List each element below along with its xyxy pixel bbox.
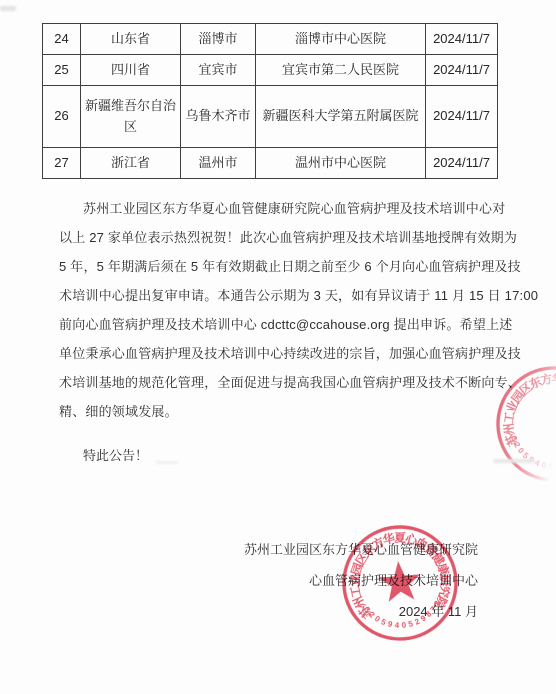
- cell-hospital: 温州市中心医院: [256, 148, 426, 179]
- cell-row-number: 26: [43, 86, 81, 148]
- cell-province: 新疆维吾尔自治区: [81, 86, 181, 148]
- cell-row-number: 25: [43, 55, 81, 86]
- closing-line: 特此公告！: [83, 441, 148, 470]
- table-row: 24 山东省 淄博市 淄博市中心医院 2024/11/7: [43, 24, 498, 55]
- seal-star-icon: [377, 559, 422, 602]
- scan-smudge: [0, 6, 16, 11]
- body-line: 以上 27 家单位表示热烈祝贺！此次心血管病护理及技术培训基地授牌有效期为: [59, 223, 529, 252]
- cell-city: 温州市: [181, 148, 256, 179]
- cell-hospital: 宜宾市第二人民医院: [256, 55, 426, 86]
- cell-province: 浙江省: [81, 148, 181, 179]
- svg-text:3205940529873: 3205940529873: [504, 432, 556, 479]
- cell-date: 2024/11/7: [426, 24, 498, 55]
- body-line: 精、细的领域发展。: [59, 397, 529, 426]
- table-row: 26 新疆维吾尔自治区 乌鲁木齐市 新疆医科大学第五附属医院 2024/11/7: [43, 86, 498, 148]
- table-row: 27 浙江省 温州市 温州市中心医院 2024/11/7: [43, 148, 498, 179]
- body-line: 5 年，5 年期满后须在 5 年有效期截止日期之前至少 6 个月向心血管病护理及…: [59, 252, 529, 281]
- body-line: 苏州工业园区东方华夏心血管健康研究院心血管病护理及技术培训中心对: [59, 194, 529, 223]
- official-seal: 苏州工业园区东方华夏心血管健康研究院 3205940529873: [335, 518, 465, 648]
- table-row: 25 四川省 宜宾市 宜宾市第二人民医院 2024/11/7: [43, 55, 498, 86]
- body-line: 术培训基地的规范化管理，全面促进与提高我国心血管病护理及技术不断向专、: [59, 368, 529, 397]
- scan-smudge: [156, 461, 178, 464]
- cell-city: 淄博市: [181, 24, 256, 55]
- body-line: 术培训中心提出复审申请。本通告公示期为 3 天，如有异议请于 11 月 15 日…: [59, 281, 529, 310]
- cell-row-number: 24: [43, 24, 81, 55]
- seal-serial-number: 3205940529873: [504, 432, 556, 479]
- cell-city: 宜宾市: [181, 55, 256, 86]
- hospital-table: 24 山东省 淄博市 淄博市中心医院 2024/11/7 25 四川省 宜宾市 …: [42, 23, 498, 179]
- cell-province: 四川省: [81, 55, 181, 86]
- cell-city: 乌鲁木齐市: [181, 86, 256, 148]
- scan-smudge: [493, 459, 535, 463]
- cell-date: 2024/11/7: [426, 55, 498, 86]
- cell-date: 2024/11/7: [426, 86, 498, 148]
- cell-hospital: 新疆医科大学第五附属医院: [256, 86, 426, 148]
- announcement-body: 苏州工业园区东方华夏心血管健康研究院心血管病护理及技术培训中心对 以上 27 家…: [59, 194, 529, 426]
- cell-date: 2024/11/7: [426, 148, 498, 179]
- cell-province: 山东省: [81, 24, 181, 55]
- body-line: 前向心血管病护理及技术培训中心 cdcttc@ccahouse.org 提出申诉…: [59, 310, 529, 339]
- body-line: 单位秉承心血管病护理及技术培训中心持续改进的宗旨，加强心血管病护理及技: [59, 339, 529, 368]
- cell-row-number: 27: [43, 148, 81, 179]
- cell-hospital: 淄博市中心医院: [256, 24, 426, 55]
- scanned-announcement-page: 24 山东省 淄博市 淄博市中心医院 2024/11/7 25 四川省 宜宾市 …: [0, 0, 556, 694]
